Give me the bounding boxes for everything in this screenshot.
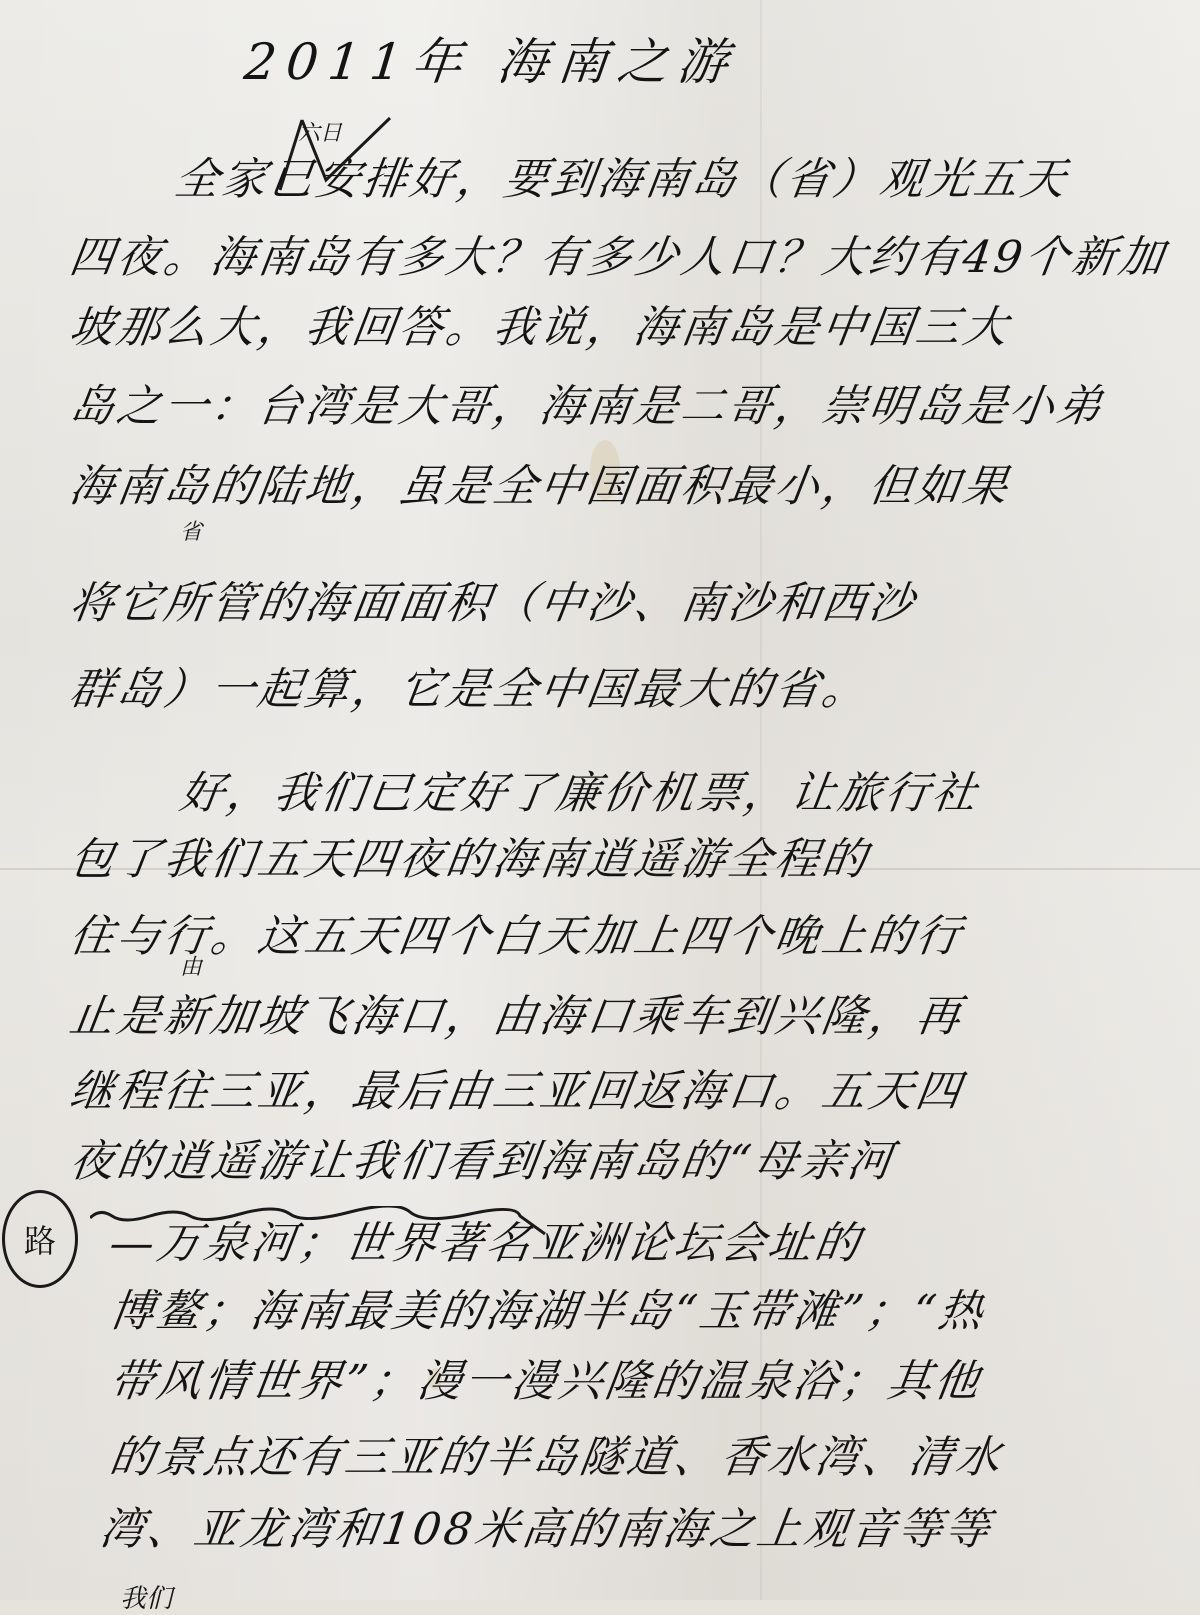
text-line-5: 海南岛的陆地，虽是全中国面积最小，但如果 [67, 465, 1013, 509]
correction-note: 由 [180, 950, 202, 981]
text-line-6: 将它所管的海面面积（中沙、南沙和西沙 [67, 582, 919, 626]
text-line-4: 岛之一：台湾是大哥，海南是二哥，崇明岛是小弟 [67, 385, 1107, 429]
document-title: 2011年 海南之游 [241, 22, 742, 94]
text-line-13: 夜的逍遥游让我们看到海南岛的“母亲河 [67, 1140, 898, 1184]
text-line-16: 带风情世界”；漫一漫兴隆的温泉浴；其他 [107, 1360, 985, 1404]
text-line-17: 的景点还有三亚的半岛隧道、香水湾、清水 [107, 1436, 1006, 1480]
correction-note: 省 [180, 515, 202, 546]
text-line-11: 止是新加坡飞海口，由海口乘车到兴隆，再 [67, 995, 966, 1039]
partial-cutoff-text: 我们 [120, 1578, 172, 1600]
insertion-note: 六日 [298, 116, 342, 147]
text-line-3: 坡那么大，我回答。我说，海南岛是中国三大 [67, 306, 1013, 350]
text-line-8: 好，我们已定好了廉价机票，让旅行社 [177, 772, 982, 816]
text-line-12: 继程往三亚，最后由三亚回返海口。五天四 [67, 1070, 966, 1114]
text-line-7: 群岛）一起算，它是全中国最大的省。 [67, 668, 872, 712]
margin-note-text: 路 [24, 1216, 56, 1262]
text-line-1: 全家已安排好，要到海南岛（省）观光五天 [172, 158, 1071, 202]
circled-margin-note: 路 [2, 1190, 78, 1288]
text-line-9: 包了我们五天四夜的海南逍遥游全程的 [67, 838, 872, 882]
text-line-14: —万泉河；世界著名亚洲论坛会址的 [107, 1222, 865, 1266]
text-line-2: 四夜。海南岛有多大？有多少人口？大约有49个新加 [67, 236, 1169, 280]
text-line-15: 博鳌；海南最美的海湖半岛“玉带滩”；“热 [107, 1290, 989, 1334]
text-line-18: 湾、亚龙湾和108米高的南海之上观音等等 [97, 1508, 995, 1552]
